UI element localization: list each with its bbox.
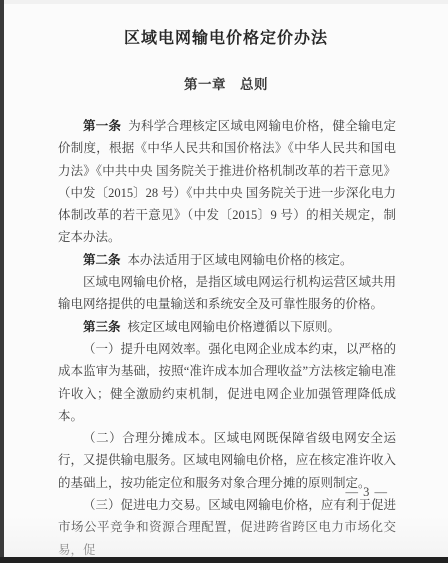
document-title: 区域电网输电价格定价办法 <box>4 25 448 48</box>
chapter-heading: 第一章 总则 <box>4 73 448 93</box>
article-1-text: 为科学合理核定区域电网输电价格，健全输电定价制度，根据《中华人民共和国价格法》《… <box>58 119 396 244</box>
article-3-text: 核定区域电网输电价格遵循以下原则。 <box>128 320 341 334</box>
paragraph-article-3: 第三条核定区域电网输电价格遵循以下原则。 <box>58 316 396 338</box>
scan-top-band <box>0 0 448 4</box>
document-page: 区域电网输电价格定价办法 第一章 总则 第一条为科学合理核定区域电网输电价格，健… <box>0 0 448 563</box>
paragraph-principle-2: （二）合理分摊成本。区域电网既保障省级电网安全运行，又提供输电服务。区域电网输电… <box>58 427 396 494</box>
article-2-text: 本办法适用于区域电网输电价格的核定。 <box>128 253 353 267</box>
scan-bottom-fade <box>4 517 448 557</box>
article-1-label: 第一条 <box>83 119 121 133</box>
scan-bottom-shadow <box>0 557 448 563</box>
paragraph-article-2: 第二条本办法适用于区域电网输电价格的核定。 <box>58 249 396 271</box>
paragraph-principle-1: （一）提升电网效率。强化电网企业成本约束，以严格的成本监审为基础，按照“准许成本… <box>58 338 396 427</box>
article-3-label: 第三条 <box>83 320 121 334</box>
paragraph-article-2-continuation: 区域电网输电价格，是指区域电网运行机构运营区域共用输电网络提供的电量输送和系统安… <box>58 271 396 316</box>
scan-left-shadow <box>0 0 4 563</box>
article-2-label: 第二条 <box>83 253 121 267</box>
paragraph-article-1: 第一条为科学合理核定区域电网输电价格，健全输电定价制度，根据《中华人民共和国价格… <box>58 115 396 249</box>
page-number: — 3 — <box>58 485 388 500</box>
